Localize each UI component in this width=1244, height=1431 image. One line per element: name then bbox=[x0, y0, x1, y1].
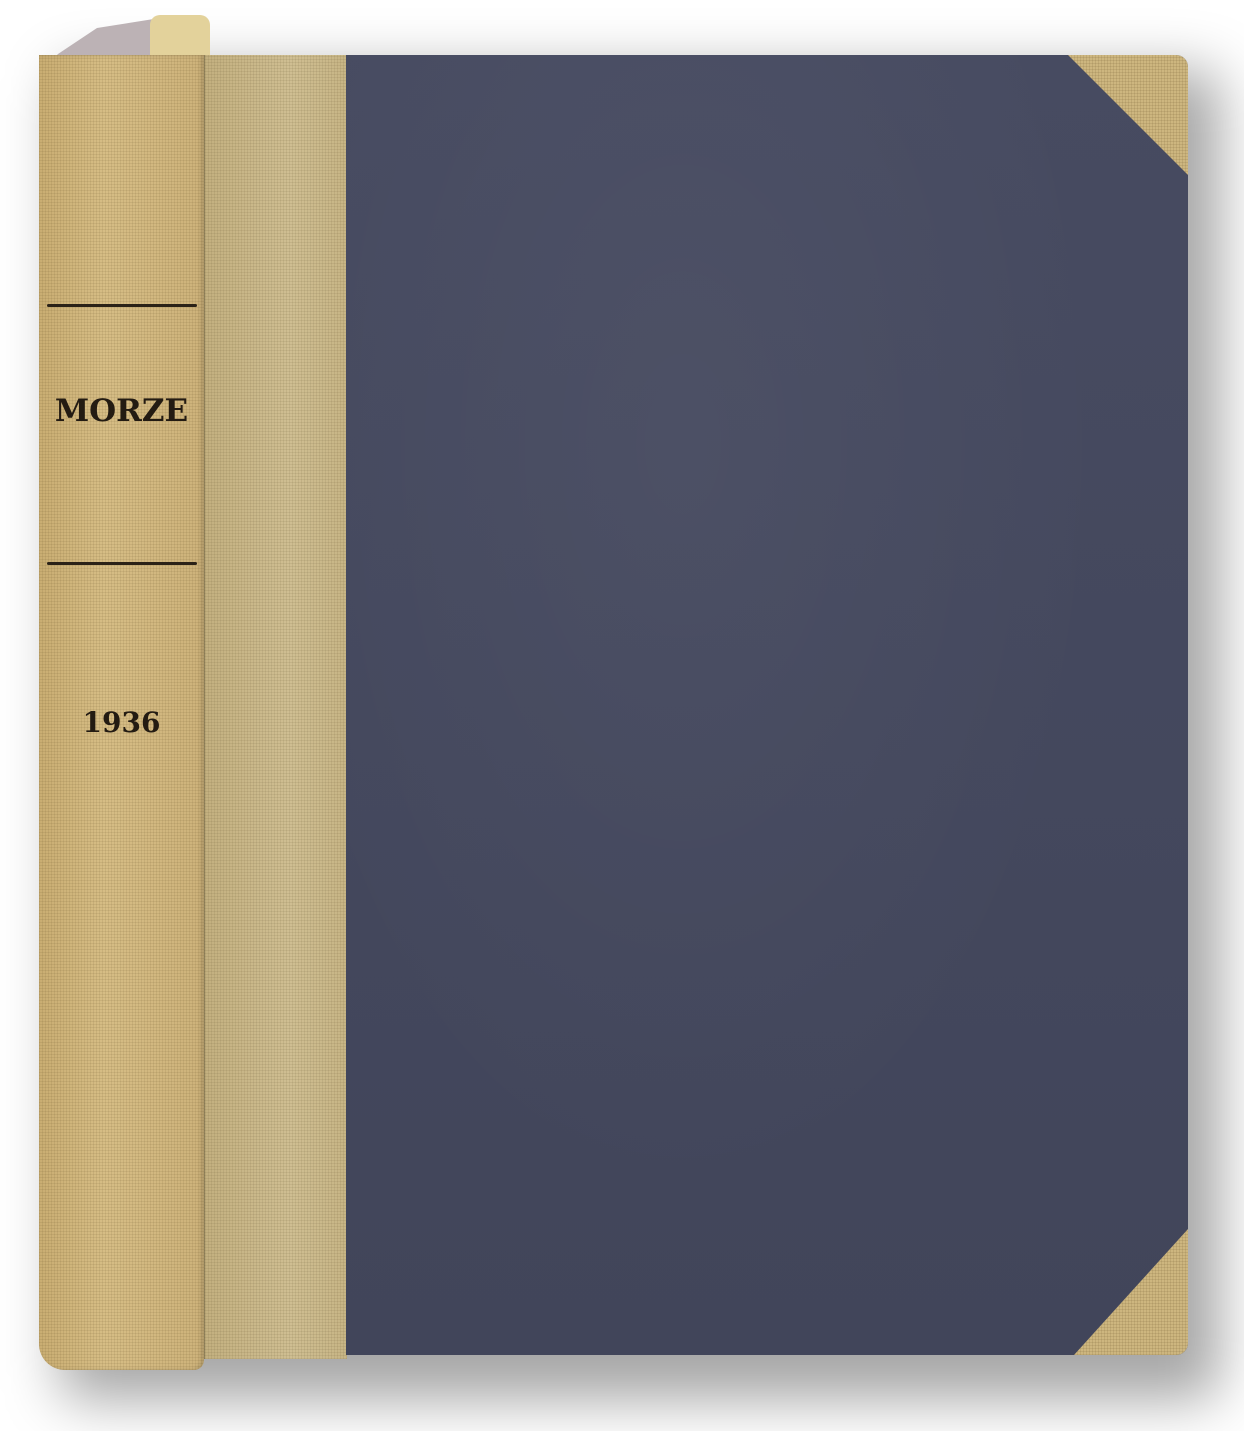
corner-top-right bbox=[1068, 55, 1188, 175]
spine-head-cap bbox=[150, 15, 210, 57]
book-spine: MORZE 1936 bbox=[39, 55, 204, 1370]
spine-rule-top bbox=[47, 304, 197, 307]
spine-year: 1936 bbox=[39, 706, 204, 739]
front-cover-board bbox=[346, 55, 1188, 1355]
spine-rule-bottom bbox=[47, 562, 197, 565]
spine-title: MORZE bbox=[39, 393, 204, 429]
cover-cloth-joint bbox=[204, 55, 347, 1359]
photo-scene: MORZE 1936 bbox=[0, 0, 1244, 1431]
corner-bottom-right bbox=[1074, 1229, 1188, 1355]
